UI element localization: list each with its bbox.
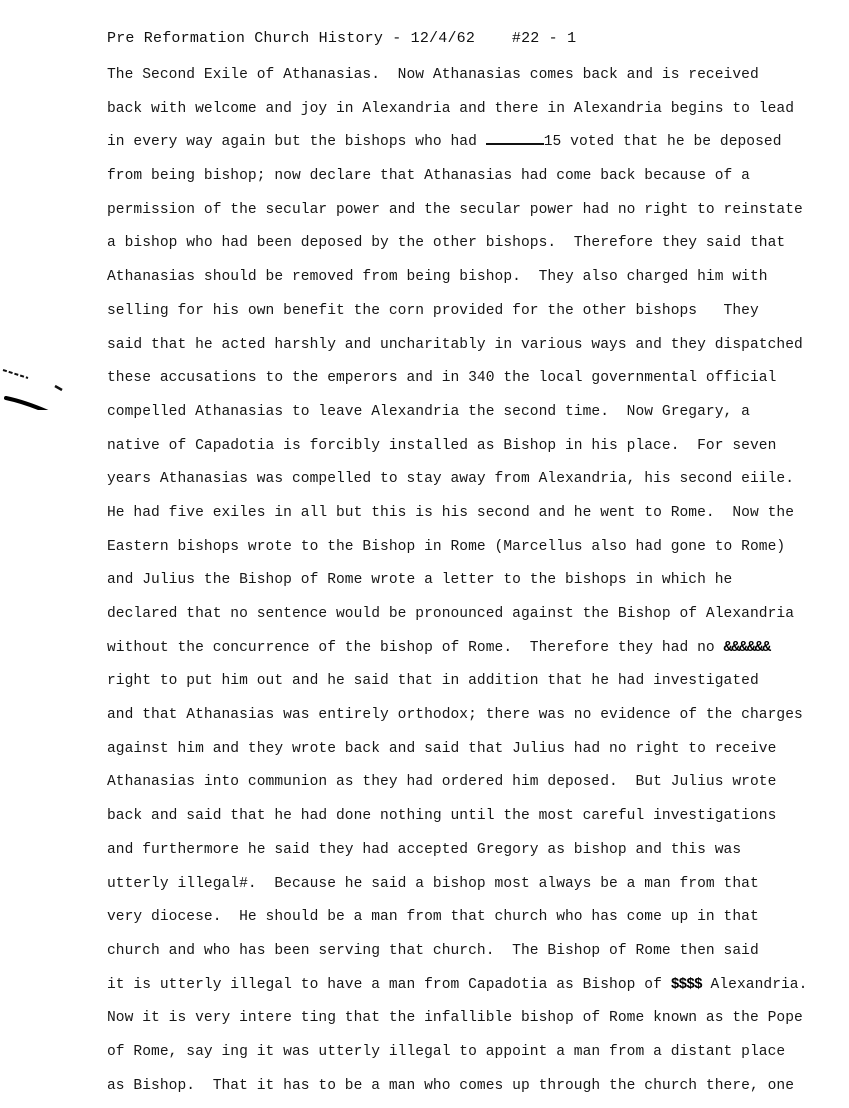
typed-over-strikeout: $$$$ (671, 977, 702, 993)
blank-underline (486, 131, 544, 145)
text-line: very diocese. He should be a man from th… (107, 906, 797, 940)
text-line: in every way again but the bishops who h… (107, 131, 797, 165)
text-line: back with welcome and joy in Alexandria … (107, 98, 797, 132)
text-line: Eastern bishops wrote to the Bishop in R… (107, 536, 797, 570)
text-line: The Second Exile of Athanasias. Now Atha… (107, 64, 797, 98)
text-segment: Alexandria. (702, 977, 808, 993)
text-line: as Bishop. That it has to be a man who c… (107, 1075, 797, 1108)
text-line: utterly illegal#. Because he said a bish… (107, 873, 797, 907)
document-body: The Second Exile of Athanasias. Now Atha… (107, 64, 797, 1108)
text-line: permission of the secular power and the … (107, 199, 797, 233)
text-line: back and said that he had done nothing u… (107, 805, 797, 839)
text-line: selling for his own benefit the corn pro… (107, 300, 797, 334)
text-segment: in every way again but the bishops who h… (107, 134, 486, 150)
text-line: church and who has been serving that chu… (107, 940, 797, 974)
text-line: declared that no sentence would be prono… (107, 603, 797, 637)
text-line: right to put him out and he said that in… (107, 670, 797, 704)
text-line: a bishop who had been deposed by the oth… (107, 232, 797, 266)
text-line: of Rome, say ing it was utterly illegal … (107, 1041, 797, 1075)
text-segment: without the concurrence of the bishop of… (107, 640, 724, 656)
text-line: and furthermore he said they had accepte… (107, 839, 797, 873)
page-header: Pre Reformation Church History - 12/4/62… (107, 30, 576, 47)
text-line: it is utterly illegal to have a man from… (107, 974, 797, 1008)
text-line: against him and they wrote back and said… (107, 738, 797, 772)
text-line: native of Capadotia is forcibly installe… (107, 435, 797, 469)
text-line: without the concurrence of the bishop of… (107, 637, 797, 671)
text-line: said that he acted harshly and uncharita… (107, 334, 797, 368)
text-line: Athanasias into communion as they had or… (107, 771, 797, 805)
typed-over-strikeout: &&&&&& (724, 640, 771, 656)
text-segment: 15 voted that he be deposed (544, 134, 782, 150)
text-line: years Athanasias was compelled to stay a… (107, 468, 797, 502)
text-line: these accusations to the emperors and in… (107, 367, 797, 401)
text-line: Athanasias should be removed from being … (107, 266, 797, 300)
text-line: from being bishop; now declare that Atha… (107, 165, 797, 199)
text-line: and that Athanasias was entirely orthodo… (107, 704, 797, 738)
text-segment: it is utterly illegal to have a man from… (107, 977, 671, 993)
text-line: He had five exiles in all but this is hi… (107, 502, 797, 536)
margin-pen-marks-icon (0, 350, 80, 410)
document-page: Pre Reformation Church History - 12/4/62… (0, 0, 849, 1108)
text-line: Now it is very intere ting that the infa… (107, 1007, 797, 1041)
text-line: and Julius the Bishop of Rome wrote a le… (107, 569, 797, 603)
text-line: compelled Athanasias to leave Alexandria… (107, 401, 797, 435)
